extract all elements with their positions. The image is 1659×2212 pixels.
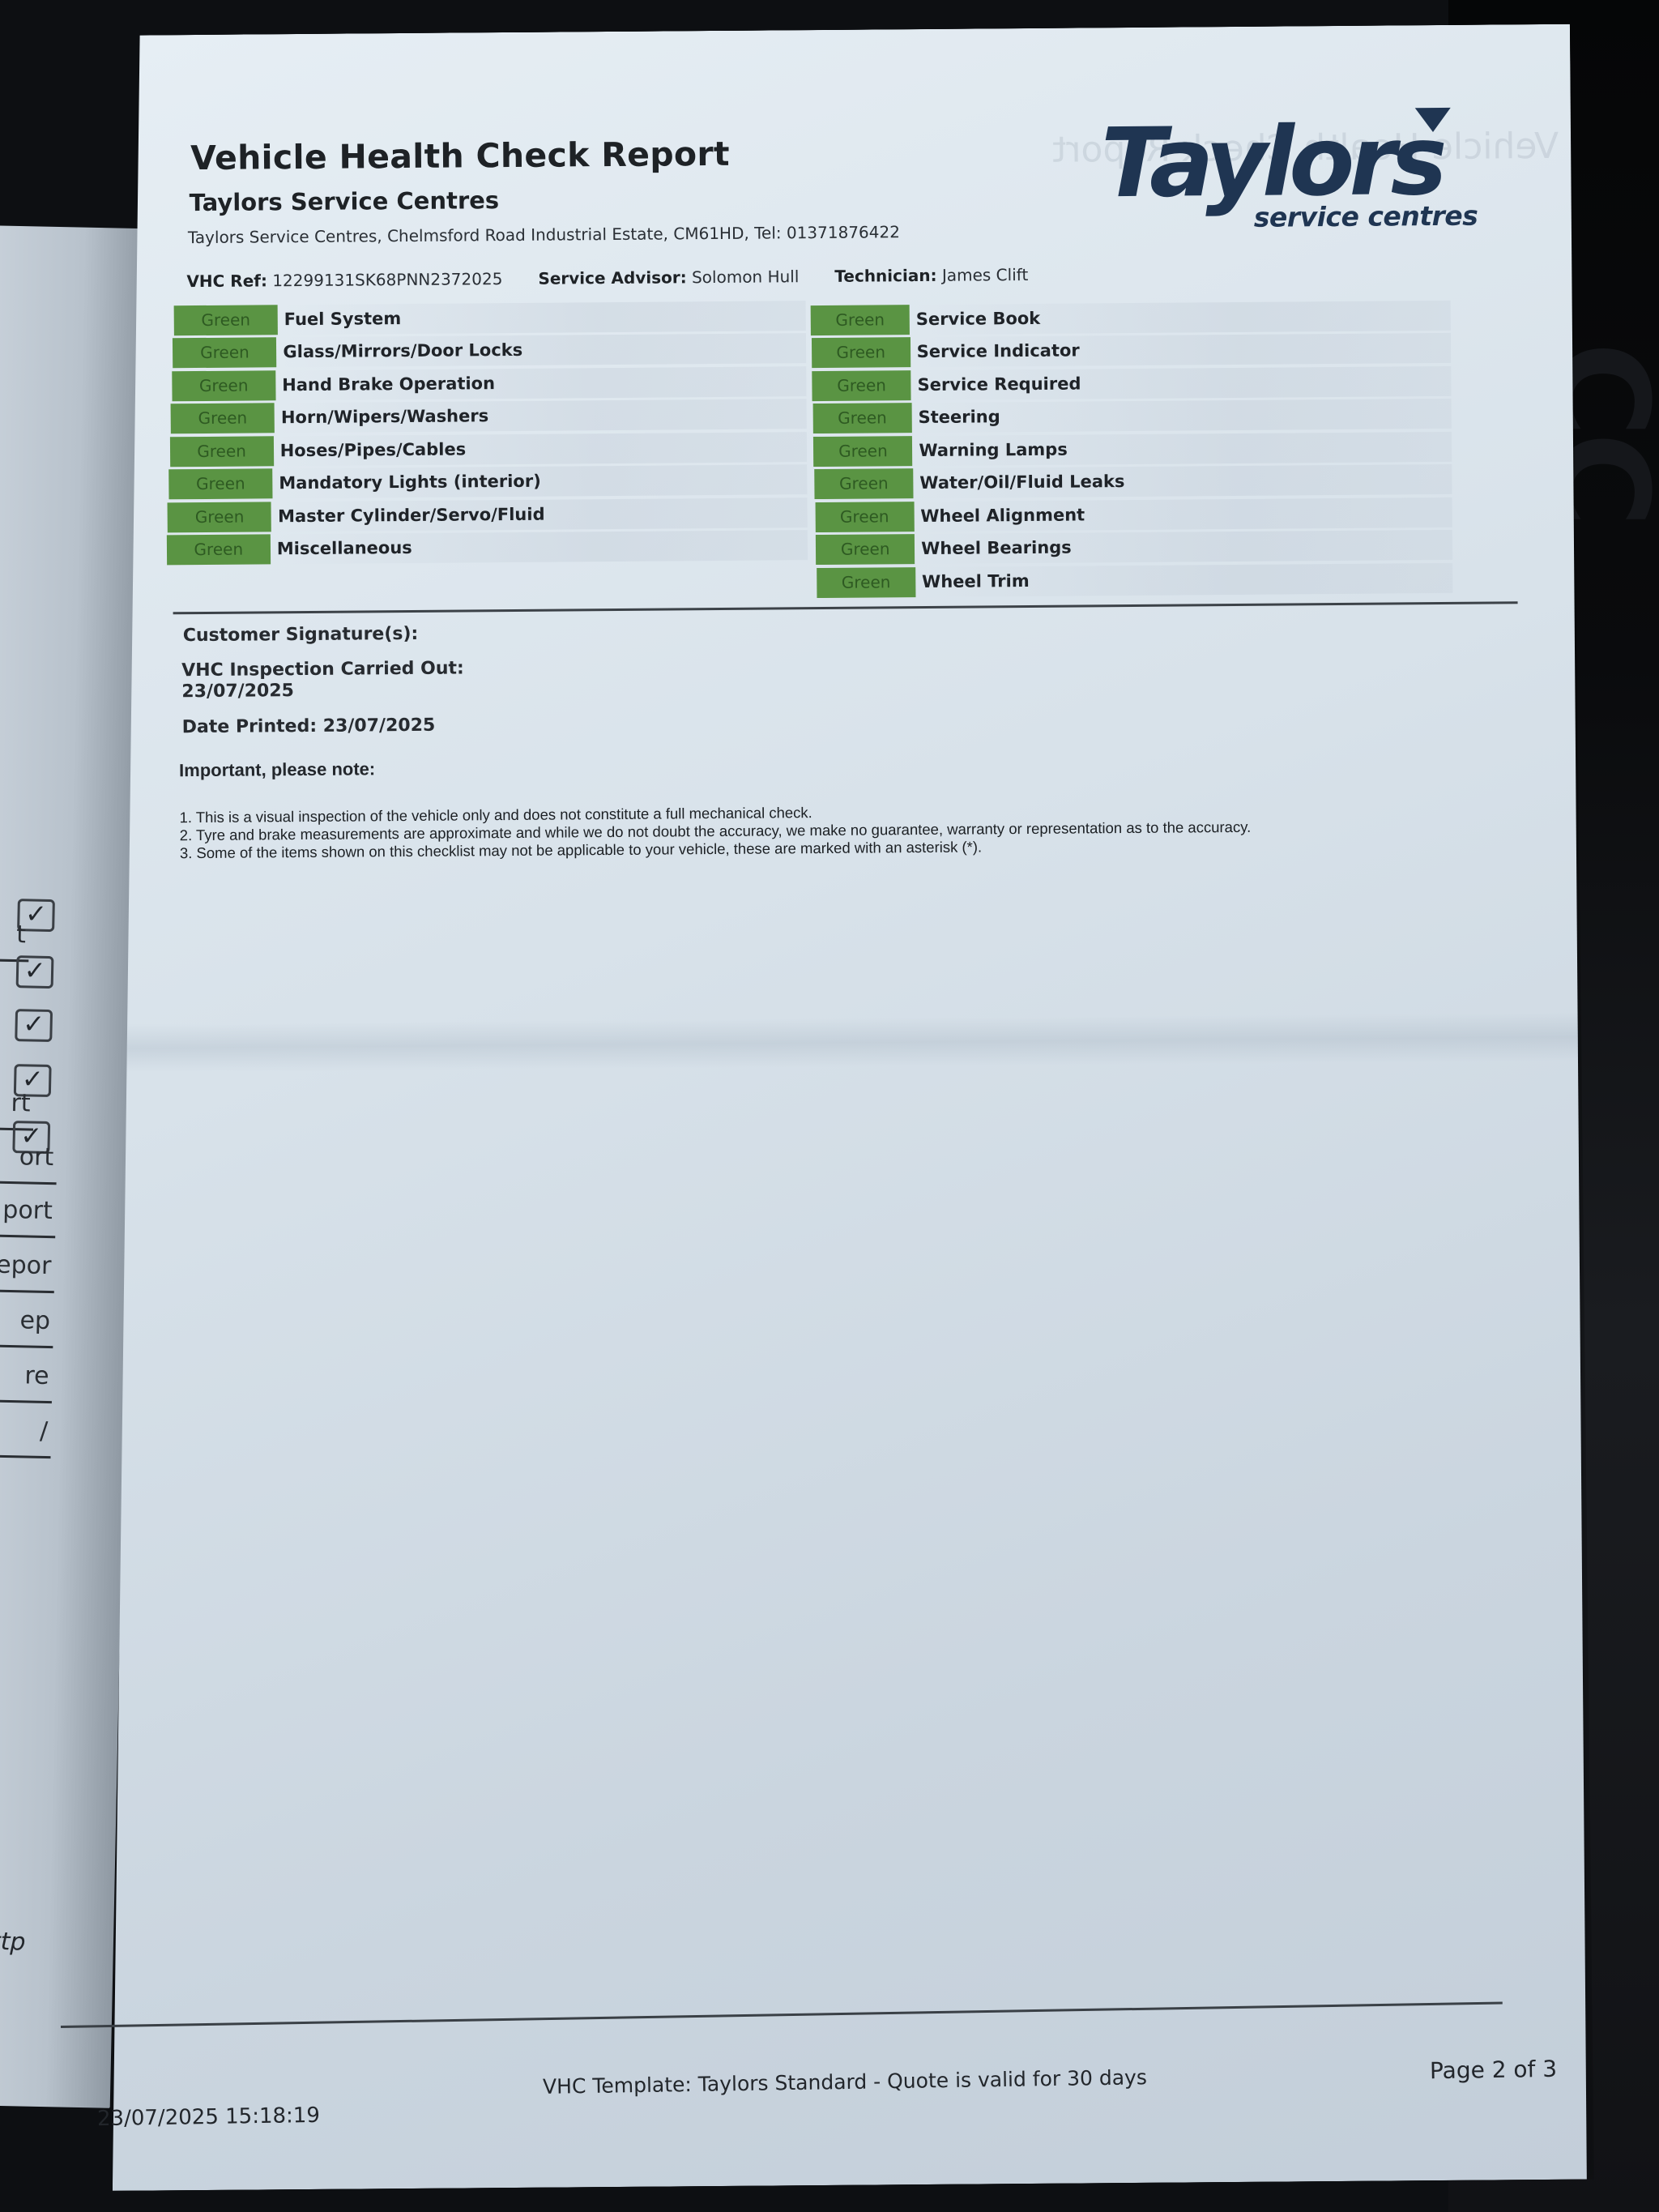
checklist-row: GreenHorn/Wipers/Washers [171,398,807,436]
status-badge: Green [174,305,278,335]
checklist-row: GreenWater/Oil/Fluid Leaks [814,463,1452,501]
background-fragment: port [0,1183,57,1238]
checklist-item-label: Master Cylinder/Servo/Fluid [278,497,808,532]
status-badge: Green [168,469,272,500]
checklist-item-label: Horn/Wipers/Washers [281,399,807,433]
paper-fold [104,1013,1578,1073]
vhc-ref-label: VHC Ref: [186,271,267,291]
checklist-row: GreenHoses/Pipes/Cables [169,430,807,468]
status-badge: Green [813,436,912,467]
checklist-item-label: Service Indicator [917,333,1452,367]
status-badge: Green [817,567,915,598]
customer-signature-label: Customer Signature(s): [183,615,1518,646]
checklist-row: GreenWheel Alignment [815,496,1452,534]
checkbox-icon: ✓ [15,1009,53,1042]
technician: Technician: James Clift [834,265,1028,286]
status-badge: Green [816,534,915,565]
vhc-ref: VHC Ref: 12299131SK68PNN2372025 [186,269,502,291]
background-fragment: epor [0,1238,55,1293]
footer-timestamp: 23/07/2025 15:18:19 [97,2103,320,2131]
checklist-item-label: Wheel Alignment [920,497,1452,532]
checklist-row: GreenWheel Bearings [816,528,1452,566]
service-advisor: Service Advisor: Solomon Hull [538,267,799,288]
background-fragment: re [0,1348,53,1403]
checklist-item-label: Hand Brake Operation [282,366,806,400]
important-note-heading: Important, please note: [179,749,1519,781]
service-advisor-label: Service Advisor: [538,267,686,288]
checklist-item-label: Miscellaneous [277,530,808,564]
status-badge: Green [811,305,910,335]
checklist-item-label: Steering [918,399,1451,433]
status-badge: Green [172,370,275,401]
checklist-item-label: Mandatory Lights (interior) [279,464,807,498]
checklist-row: GreenWheel Trim [817,562,1452,600]
checklist-item-label: Service Required [917,366,1451,400]
service-advisor-value: Solomon Hull [692,267,799,287]
checklist-row: GreenSteering [812,397,1451,435]
checklist-item-label: Service Book [916,301,1451,335]
status-badge: Green [812,337,911,368]
important-notes-list: 1. This is a visual inspection of the ve… [179,798,1519,862]
checklist-row: GreenMaster Cylinder/Servo/Fluid [168,496,808,534]
status-badge: Green [814,468,913,499]
checklist-item-label: Warning Lamps [919,432,1452,466]
status-badge: Green [812,370,911,401]
status-badge: Green [173,338,276,369]
checklist-row: GreenService Required [812,365,1451,403]
checklist-row: GreenService Book [811,299,1451,337]
background-fragment: ort [0,1129,58,1185]
checklist-item-label: Water/Oil/Fluid Leaks [919,464,1452,498]
inspection-carried-out: VHC Inspection Carried Out: 23/07/2025 [181,650,1518,702]
technician-label: Technician: [834,266,936,286]
date-printed: Date Printed: 23/07/2025 [182,707,1519,737]
background-link-fragment: http [0,1927,26,1956]
status-badge: Green [815,502,914,532]
logo-tagline: service centres [1254,200,1478,233]
vhc-checklist: GreenFuel SystemGreenGlass/Mirrors/Door … [171,293,1518,614]
report-content: Taylors service centres Vehicle Health C… [169,89,1520,862]
checklist-item-label: Wheel Trim [922,563,1452,597]
technician-value: James Clift [942,265,1029,285]
status-badge: Green [170,436,274,467]
checklist-right-column: GreenService BookGreenService IndicatorG… [811,299,1453,600]
checkbox-icon: ✓ [16,955,54,989]
taylors-logo: Taylors service centres [1101,113,1482,237]
checklist-item-label: Wheel Bearings [921,530,1452,564]
report-meta: VHC Ref: 12299131SK68PNN2372025 Service … [186,261,1515,291]
page-number: Page 2 of 3 [1430,2056,1558,2084]
checklist-row: GreenMandatory Lights (interior) [168,463,807,502]
status-badge: Green [812,403,911,433]
background-fragment: t [0,907,30,962]
report-page: Vehicle Health Check Report Taylors serv… [96,24,1587,2191]
vhc-ref-value: 12299131SK68PNN2372025 [272,269,502,290]
checklist-row: GreenWarning Lamps [813,430,1452,468]
checklist-row: GreenFuel System [174,299,806,337]
checklist-item-label: Fuel System [284,301,806,335]
checklist-row: GreenService Indicator [812,331,1452,369]
background-fragment: ep [0,1293,54,1348]
status-badge: Green [168,502,271,532]
checklist-left-column: GreenFuel SystemGreenGlass/Mirrors/Door … [174,299,808,566]
checklist-row: GreenGlass/Mirrors/Door Locks [173,332,806,370]
logo-wordmark: Taylors [1101,113,1442,211]
checklist-row: GreenHand Brake Operation [172,365,806,403]
status-badge: Green [167,535,271,566]
checklist-item-label: Hoses/Pipes/Cables [279,432,807,466]
background-fragment: / [0,1403,52,1458]
checklist-item-label: Glass/Mirrors/Door Locks [283,333,806,367]
status-badge: Green [171,404,275,434]
checklist-row: GreenMiscellaneous [167,529,808,567]
logo-tick-icon [1415,108,1451,132]
